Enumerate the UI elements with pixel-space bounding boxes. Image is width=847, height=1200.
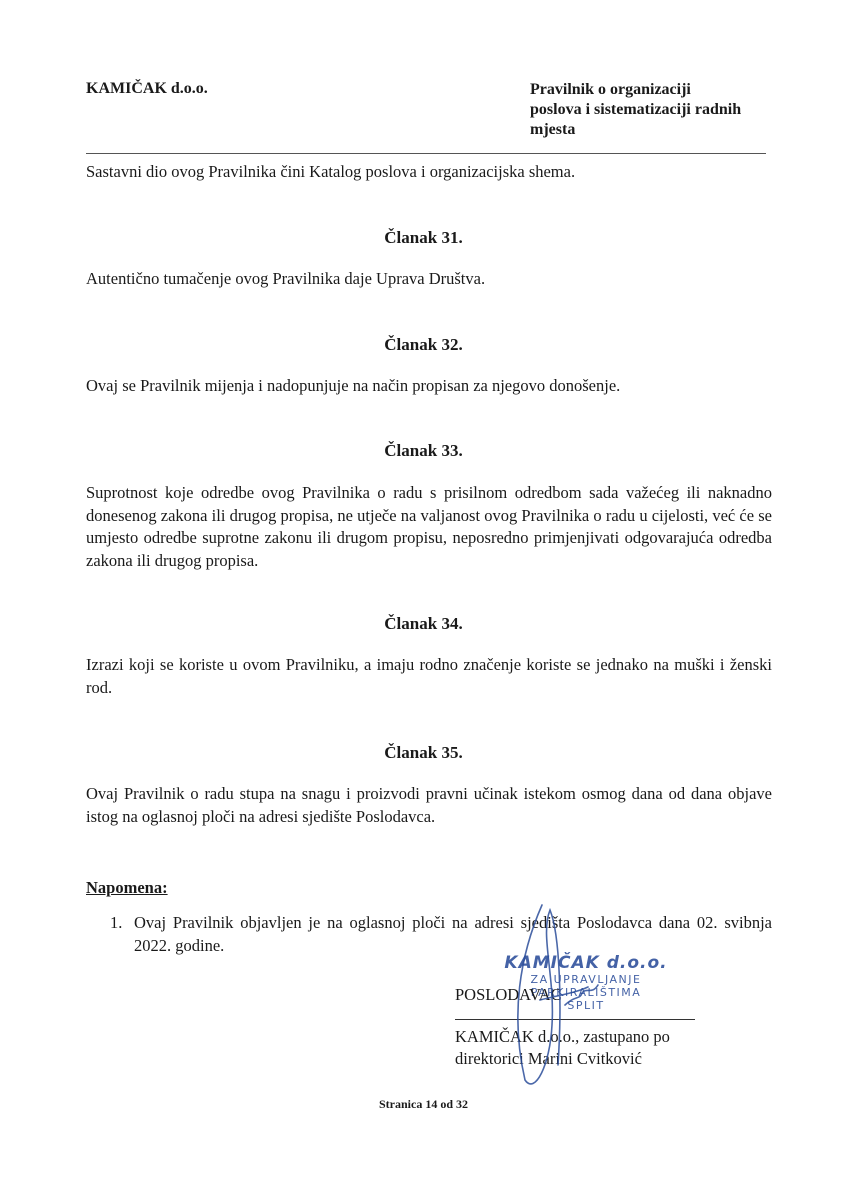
note-list-item: 1. Ovaj Pravilnik objavljen je na oglasn… xyxy=(110,912,772,957)
company-name: KAMIČAK d.o.o. xyxy=(86,80,208,98)
page-number: Stranica 14 od 32 xyxy=(0,1097,847,1112)
document-page: KAMIČAK d.o.o. Pravilnik o organizaciji … xyxy=(0,0,847,1200)
note-heading: Napomena: xyxy=(86,878,168,898)
article-heading: Članak 33. xyxy=(0,441,847,461)
article-heading: Članak 35. xyxy=(0,743,847,763)
note-item-number: 1. xyxy=(110,912,122,935)
article-heading: Članak 31. xyxy=(0,228,847,248)
note-item-text: Ovaj Pravilnik objavljen je na oglasnoj … xyxy=(134,912,772,957)
article-text: Ovaj Pravilnik o radu stupa na snagu i p… xyxy=(86,783,772,828)
header-divider xyxy=(86,153,766,154)
document-title: Pravilnik o organizaciji poslova i siste… xyxy=(530,80,780,140)
handwritten-signature-icon xyxy=(480,895,610,1095)
article-text: Izrazi koji se koriste u ovom Pravilniku… xyxy=(86,654,772,699)
article-text: Autentično tumačenje ovog Pravilnika daj… xyxy=(86,268,772,291)
article-heading: Članak 32. xyxy=(0,335,847,355)
document-title-line: poslova i sistematizaciji radnih xyxy=(530,100,780,120)
article-heading: Članak 34. xyxy=(0,614,847,634)
document-title-line: Pravilnik o organizaciji xyxy=(530,80,780,100)
article-text: Suprotnost koje odredbe ovog Pravilnika … xyxy=(86,482,772,572)
document-title-line: mjesta xyxy=(530,120,780,140)
intro-paragraph: Sastavni dio ovog Pravilnika čini Katalo… xyxy=(86,162,575,182)
article-text: Ovaj se Pravilnik mijenja i nadopunjuje … xyxy=(86,375,772,398)
